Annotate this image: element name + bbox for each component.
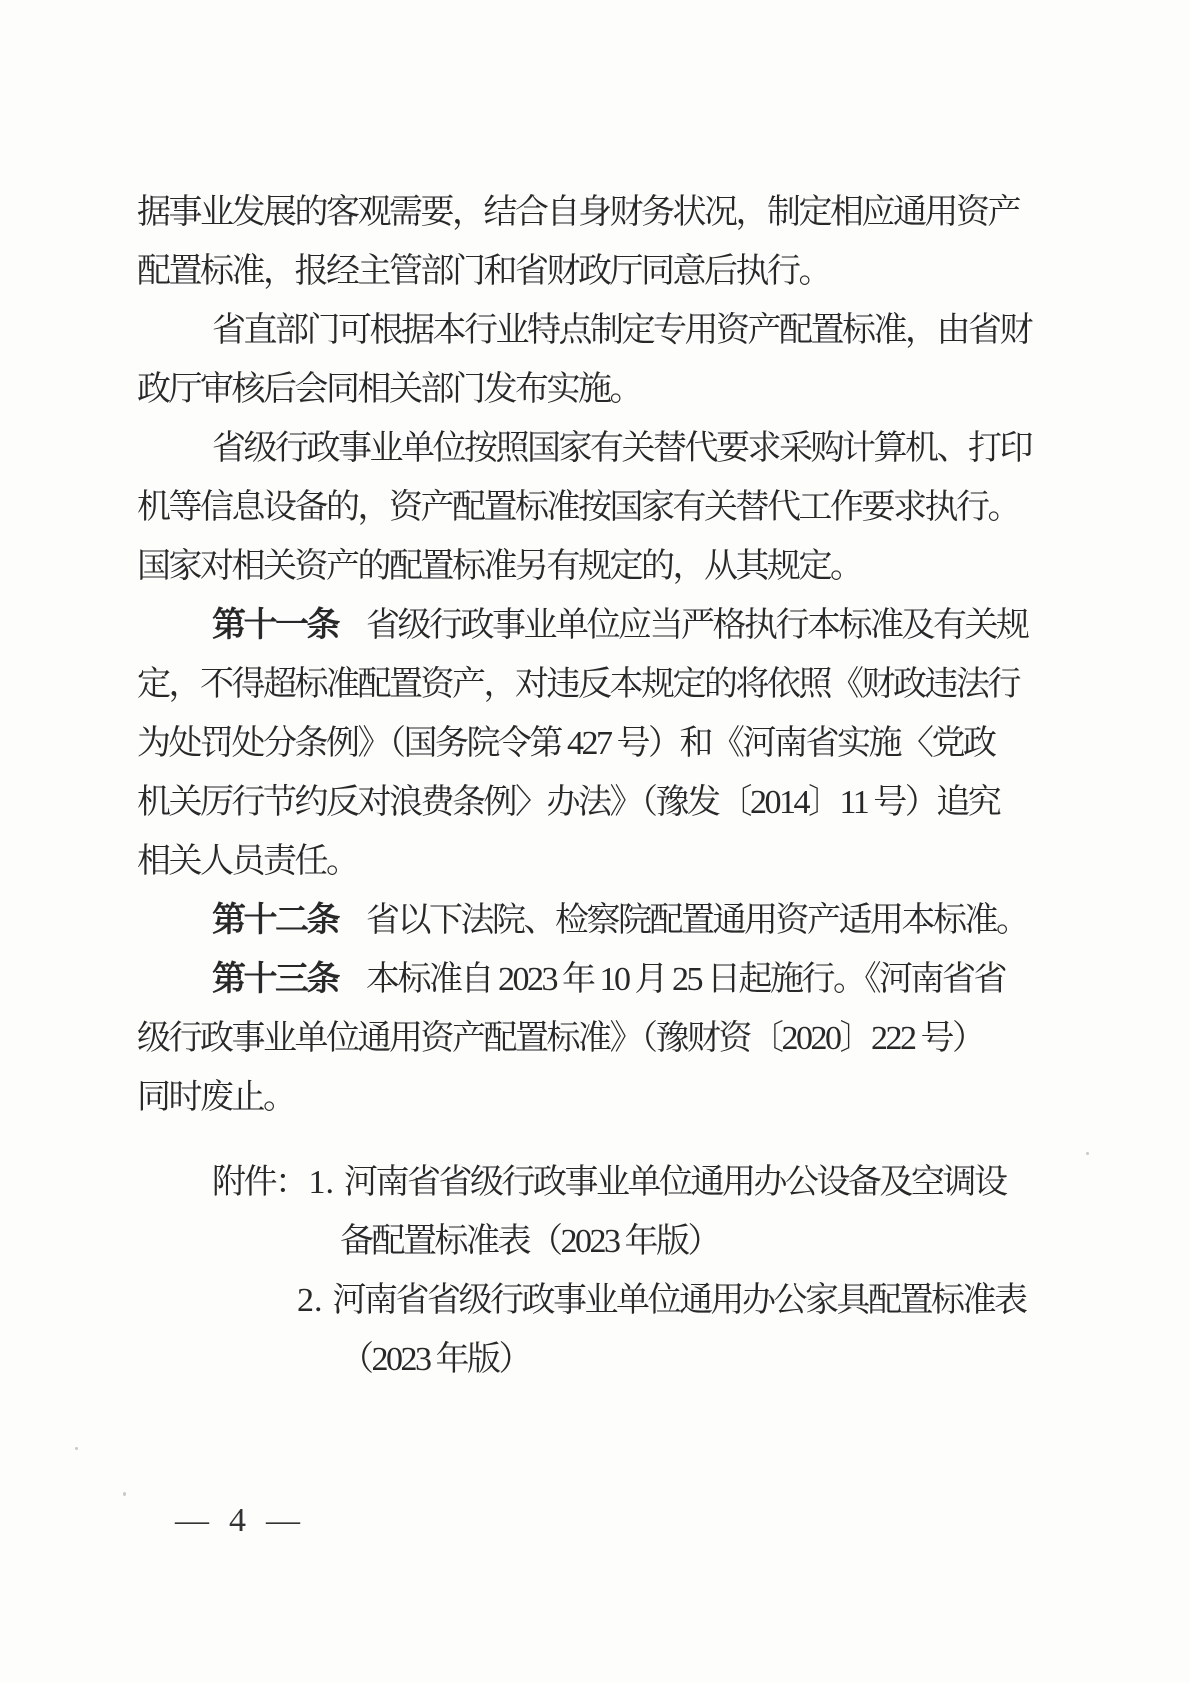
attachment-line: 2.河南省省级行政事业单位通用办公家具配置标准表 (297, 1271, 1190, 1330)
attachment-line: 附件：1.河南省省级行政事业单位通用办公设备及空调设 (212, 1153, 1190, 1212)
text-line: 为处罚处分条例》（国务院令第 427 号）和《河南省实施〈党政 (137, 714, 1190, 773)
article-number-bold: 第十二条 (212, 902, 338, 939)
article-heading-line: 第十一条省级行政事业单位应当严格执行本标准及有关规 (137, 596, 1190, 655)
attachment-item-text: 河南省省级行政事业单位通用办公设备及空调设 (344, 1164, 1006, 1201)
attachment-item-number: 2. (297, 1282, 323, 1319)
text-line: 级行政事业单位通用资产配置标准》（豫财资〔2020〕222 号） (137, 1009, 1190, 1068)
text-line: 省级行政事业单位按照国家有关替代要求采购计算机、打印 (137, 419, 1190, 478)
attachment-line: （2023 年版） (340, 1330, 1190, 1389)
document-page: 据事业发展的客观需要，结合自身财务状况，制定相应通用资产 配置标准，报经主管部门… (0, 0, 1190, 1683)
article-number-bold: 第十三条 (212, 961, 338, 998)
scan-speckle (75, 1447, 78, 1450)
text-line: 相关人员责任。 (137, 832, 1190, 891)
footer-dash-left: — (175, 1502, 209, 1539)
page-number: 4 (229, 1502, 246, 1539)
text-line: 政厅审核后会同相关部门发布实施。 (137, 360, 1190, 419)
attachment-item-text: 河南省省级行政事业单位通用办公家具配置标准表 (333, 1282, 1026, 1319)
scan-speckle (1086, 1152, 1089, 1155)
text-line: 配置标准，报经主管部门和省财政厅同意后执行。 (137, 242, 1190, 301)
text-line: 据事业发展的客观需要，结合自身财务状况，制定相应通用资产 (137, 183, 1190, 242)
article-number-bold: 第十一条 (212, 607, 338, 644)
page-footer: —4— (175, 1501, 1190, 1541)
scan-speckle (123, 1492, 126, 1496)
body-text: 据事业发展的客观需要，结合自身财务状况，制定相应通用资产 配置标准，报经主管部门… (137, 183, 1190, 1127)
attachments-label: 附件： (212, 1164, 307, 1201)
attachment-item-number: 1. (309, 1164, 335, 1201)
text-line: 国家对相关资产的配置标准另有规定的，从其规定。 (137, 537, 1190, 596)
article-heading-line: 第十二条省以下法院、检察院配置通用资产适用本标准。 (137, 891, 1190, 950)
text-line: 机等信息设备的，资产配置标准按国家有关替代工作要求执行。 (137, 478, 1190, 537)
attachments-section: 附件：1.河南省省级行政事业单位通用办公设备及空调设 备配置标准表（2023 年… (137, 1153, 1190, 1389)
text-line: 定，不得超标准配置资产，对违反本规定的将依照《财政违法行 (137, 655, 1190, 714)
footer-dash-right: — (266, 1502, 300, 1539)
text-line: 省直部门可根据本行业特点制定专用资产配置标准，由省财 (137, 301, 1190, 360)
article-text: 省级行政事业单位应当严格执行本标准及有关规 (366, 607, 1028, 644)
text-line: 机关厉行节约反对浪费条例〉办法》（豫发〔2014〕11 号）追究 (137, 773, 1190, 832)
article-text: 省以下法院、检察院配置通用资产适用本标准。 (366, 902, 1028, 939)
article-heading-line: 第十三条本标准自 2023 年 10 月 25 日起施行。《河南省省 (137, 950, 1190, 1009)
attachment-line: 备配置标准表（2023 年版） (340, 1212, 1190, 1271)
text-line: 同时废止。 (137, 1068, 1190, 1127)
article-text: 本标准自 2023 年 10 月 25 日起施行。《河南省省 (366, 961, 1005, 998)
